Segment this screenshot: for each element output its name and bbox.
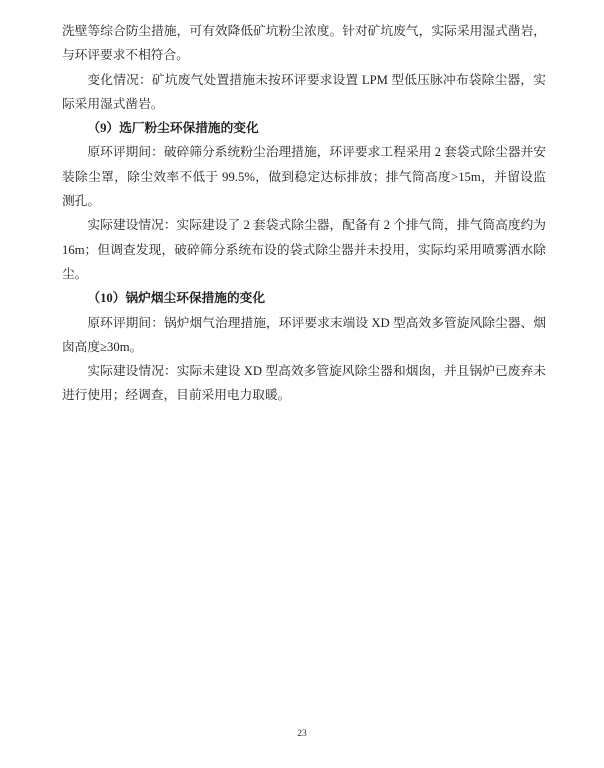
paragraph-mine-dust-continued: 洗壁等综合防尘措施，可有效降低矿坑粉尘浓度。针对矿坑废气，实际采用湿式凿岩，与环… xyxy=(62,19,546,68)
paragraph-change-situation: 变化情况：矿坑废气处置措施未按环评要求设置 LPM 型低压脉冲布袋除尘器，实际采… xyxy=(62,68,546,117)
section-heading-10: （10）锅炉烟尘环保措施的变化 xyxy=(62,286,546,310)
document-page: 洗壁等综合防尘措施，可有效降低矿坑粉尘浓度。针对矿坑废气，实际采用湿式凿岩，与环… xyxy=(0,0,604,768)
section-heading-9: （9）选厂粉尘环保措施的变化 xyxy=(62,116,546,140)
document-body: 洗壁等综合防尘措施，可有效降低矿坑粉尘浓度。针对矿坑废气，实际采用湿式凿岩，与环… xyxy=(62,19,546,408)
paragraph-actual-construction-section10: 实际建设情况：实际未建设 XD 型高效多管旋风除尘器和烟囱，并且锅炉已废弃未进行… xyxy=(62,359,546,408)
paragraph-original-eia-section10: 原环评期间：锅炉烟气治理措施，环评要求末端设 XD 型高效多管旋风除尘器、烟囱高… xyxy=(62,311,546,360)
paragraph-actual-construction-section9: 实际建设情况：实际建设了 2 套袋式除尘器，配备有 2 个排气筒，排气筒高度约为… xyxy=(62,213,546,286)
paragraph-original-eia-section9: 原环评期间：破碎筛分系统粉尘治理措施，环评要求工程采用 2 套袋式除尘器并安装除… xyxy=(62,140,546,213)
page-number: 23 xyxy=(0,728,604,740)
